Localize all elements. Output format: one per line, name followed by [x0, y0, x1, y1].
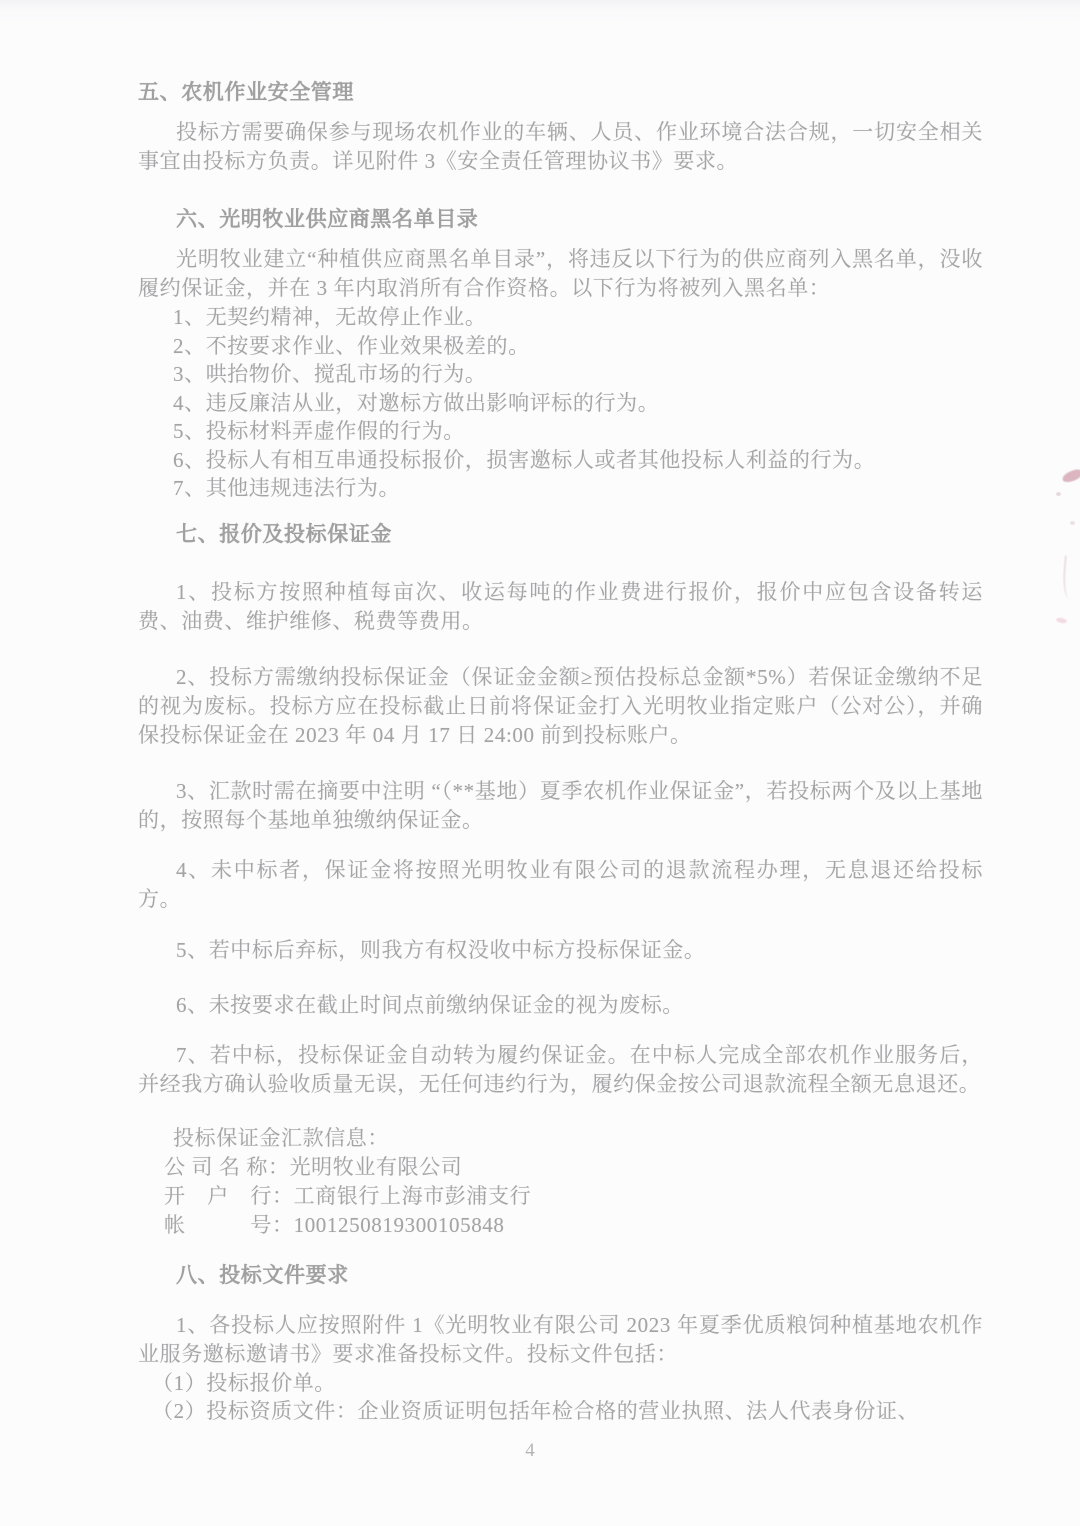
remittance-company-line: 公 司 名 称：光明牧业有限公司 [138, 1153, 983, 1182]
red-ink-squiggle [1061, 556, 1076, 599]
section-7-paragraph-4: 4、未中标者，保证金将按照光明牧业有限公司的退款流程办理，无息退还给投标方。 [138, 856, 983, 914]
section-7-heading: 七、报价及投标保证金 [138, 520, 983, 549]
bank-label: 开 户 行： [164, 1184, 294, 1208]
page-number: 4 [0, 1436, 1060, 1465]
blacklist-item: 3、哄抬物价、搅乱市场的行为。 [138, 360, 983, 389]
blacklist-item: 2、不按要求作业、作业效果极差的。 [138, 332, 983, 361]
section-8-paragraph: 1、各投标人应按照附件 1《光明牧业有限公司 2023 年夏季优质粮饲种植基地农… [138, 1311, 983, 1369]
section-6-paragraph: 光明牧业建立“种植供应商黑名单目录”，将违反以下行为的供应商列入黑名单，没收履约… [138, 245, 983, 303]
account-number-value: 1001250819300105848 [294, 1213, 505, 1237]
blacklist-item: 6、投标人有相互串通投标报价，损害邀标人或者其他投标人利益的行为。 [138, 446, 983, 475]
bid-document-subitem-2: （2）投标资质文件：企业资质证明包括年检合格的营业执照、法人代表身份证、 [138, 1397, 983, 1426]
section-5-heading: 五、农机作业安全管理 [138, 78, 983, 107]
section-7-paragraph-1: 1、投标方按照种植每亩次、收运每吨的作业费进行报价，报价中应包含设备转运费、油费… [138, 578, 983, 636]
section-7-paragraph-2: 2、投标方需缴纳投标保证金（保证金金额≥预估投标总金额*5%）若保证金缴纳不足的… [138, 663, 983, 750]
company-name-value: 光明牧业有限公司 [290, 1155, 463, 1179]
blacklist-item: 5、投标材料弄虚作假的行为。 [138, 417, 983, 446]
blacklist-items: 1、无契约精神，无故停止作业。 2、不按要求作业、作业效果极差的。 3、哄抬物价… [138, 303, 983, 503]
section-6-heading: 六、光明牧业供应商黑名单目录 [138, 205, 983, 234]
document-body: 五、农机作业安全管理 投标方需要确保参与现场农机作业的车辆、人员、作业环境合法合… [138, 78, 983, 1426]
red-ink-dot [1056, 492, 1061, 496]
section-7-paragraph-6: 6、未按要求在截止时间点前缴纳保证金的视为废标。 [138, 991, 983, 1020]
red-ink-dot [1070, 521, 1075, 525]
bid-document-subitem-1: （1）投标报价单。 [138, 1369, 983, 1398]
account-number-label: 帐 号： [164, 1213, 294, 1237]
remittance-account-line: 帐 号：1001250819300105848 [138, 1211, 983, 1240]
remittance-info-title: 投标保证金汇款信息： [138, 1124, 983, 1153]
red-ink-mark [1061, 468, 1080, 484]
section-7-paragraph-5: 5、若中标后弃标，则我方有权没收中标方投标保证金。 [138, 936, 983, 965]
bank-value: 工商银行上海市彭浦支行 [294, 1184, 532, 1208]
red-ink-dash [1056, 617, 1068, 624]
blacklist-item: 1、无契约精神，无故停止作业。 [138, 303, 983, 332]
remittance-bank-line: 开 户 行：工商银行上海市彭浦支行 [138, 1182, 983, 1211]
section-7-paragraph-7: 7、若中标，投标保证金自动转为履约保证金。在中标人完成全部农机作业服务后，并经我… [138, 1041, 983, 1099]
company-name-label: 公 司 名 称： [164, 1155, 290, 1179]
blacklist-item: 7、其他违规违法行为。 [138, 474, 983, 503]
section-5-paragraph: 投标方需要确保参与现场农机作业的车辆、人员、作业环境合法合规，一切安全相关事宜由… [138, 118, 983, 176]
blacklist-item: 4、违反廉洁从业，对邀标方做出影响评标的行为。 [138, 389, 983, 418]
section-8-heading: 八、投标文件要求 [138, 1261, 983, 1290]
scanned-document-page: 五、农机作业安全管理 投标方需要确保参与现场农机作业的车辆、人员、作业环境合法合… [0, 0, 1080, 1526]
section-7-paragraph-3: 3、汇款时需在摘要中注明 “（**基地）夏季农机作业保证金”，若投标两个及以上基… [138, 777, 983, 835]
